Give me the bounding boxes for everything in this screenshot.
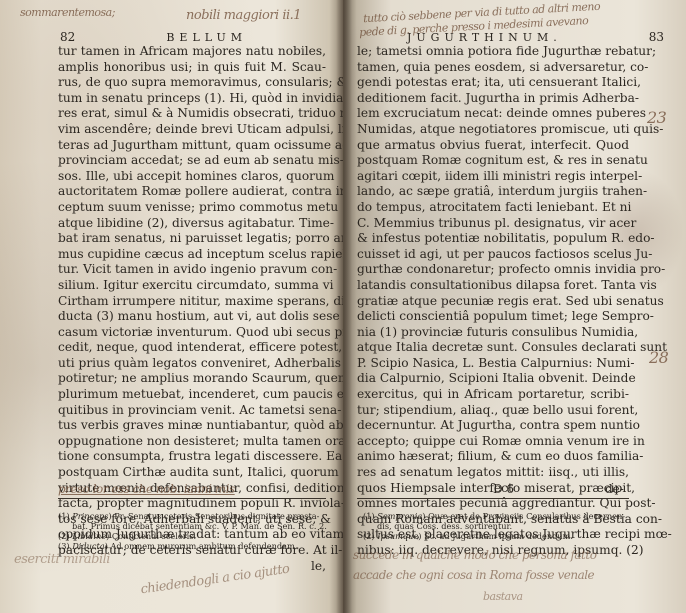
text-line: C. Memmius tribunus pl. designatus, vir … <box>357 216 629 232</box>
text-line: cuisset id agi, ut per paucos factiosos … <box>357 247 629 263</box>
handwritten-page-ref: 23 <box>647 108 666 127</box>
page-number: 82 <box>60 30 75 44</box>
text-line: rus, de quo supra memoravimus, consulari… <box>58 75 326 91</box>
text-line: uti prius quàm legatos conveniret, Adher… <box>58 356 326 372</box>
footnote: (2) Ipsumque) Sc. ad Jugurtham ipsum ded… <box>363 531 633 541</box>
text-line: teras ad Jugurtham mittunt, quam ocissum… <box>58 138 326 154</box>
text-line: tur. Vicit tamen in avido ingenio pravum… <box>58 262 326 278</box>
footnote: (1) Sempronia) Quæ erat de Provinciis Co… <box>363 511 633 521</box>
text-line: accepto; quippe cui Romæ omnia venum ire… <box>357 434 629 450</box>
footnote-rule <box>357 498 629 499</box>
text-line: tur; stipendium, aliaq., quæ bello usui … <box>357 403 629 419</box>
footnote-continuation: dis, quas Coss. dess. sortirentur. <box>363 521 633 531</box>
text-line: Numidas, atque negotiatores promiscue, u… <box>357 122 629 138</box>
text-line: nia (1) provinciæ futuris consulibus Num… <box>357 325 629 341</box>
text-line: tur tamen in Africam majores natu nobile… <box>58 44 326 60</box>
text-line: lem excruciatum necat: deinde omnes pube… <box>357 106 629 122</box>
text-line: quitibus in provinciam venit. Ac tametsi… <box>58 403 326 419</box>
text-line: deditionem facit. Jugurtha in primis Adh… <box>357 91 629 107</box>
text-line: do tempus, atrocitatem facti leniebant. … <box>357 200 629 216</box>
right-page: tutto ciò sebbene per via di tutto ad al… <box>343 0 686 613</box>
text-line: cedit, neque, quod intenderat, efficere … <box>58 340 326 356</box>
text-line: oppugnatione non desisteret; multa tamen… <box>58 434 326 450</box>
running-title: JUGURTHINUM. <box>407 31 562 44</box>
text-line: gratiæ atque pecuniæ regis erat. Sed ubi… <box>357 294 629 310</box>
footnote: (1) Princeps) Pr. Senatus ceteris Senato… <box>58 511 330 521</box>
handwritten-note: sommarentemosa; <box>20 6 115 19</box>
handwritten-page-ref: 28 <box>649 348 668 367</box>
text-line: auctoritatem Romæ pollere audierat, cont… <box>58 184 326 200</box>
text-line: gurthæ condonaretur; profecto omnis invi… <box>357 262 629 278</box>
text-line: tum in senatu princeps (1). Hi, quòd in … <box>58 91 326 107</box>
text-line: ducta (3) manu hostium, aut vi, aut doli… <box>58 309 326 325</box>
page-header: 82 BELLUM <box>0 30 343 44</box>
text-line: decernuntur. At Jugurtha, contra spem nu… <box>357 418 629 434</box>
text-line: res ad senatum legatos mittit: iisq., ut… <box>357 465 629 481</box>
text-line: exercitus, qui in Africam portaretur, sc… <box>357 387 629 403</box>
text-line: & infestus potentiæ nobilitatis, populum… <box>357 231 629 247</box>
text-line: animo hæserat; filium, & cum eo duos fam… <box>357 449 629 465</box>
text-line: le; tametsi omnia potiora fide Jugurthæ … <box>357 44 629 60</box>
left-page: sommarentemosa; nobili maggiori ii.1 82 … <box>0 0 343 613</box>
text-line: vim ascendêre; deinde brevi Uticam adpul… <box>58 122 326 138</box>
text-line: tamen, quia penes eosdem, si adversaretu… <box>357 60 629 76</box>
text-line: mus cupidine cæcus ad inceptum scelus ra… <box>58 247 326 263</box>
handwritten-note: nobili maggiori ii.1 <box>186 8 301 23</box>
text-line: agitari cœpit, iidem illi ministri regis… <box>357 169 629 185</box>
text-line: delicti conscientiâ populum timet; lege … <box>357 309 629 325</box>
running-title: BELLUM <box>166 31 247 44</box>
footnote-continuation: bat. Primus dicebat sententiam &c. V. P.… <box>58 521 330 531</box>
text-line: latandis consultationibus dilapsa foret.… <box>357 278 629 294</box>
text-line: res erat, simul & à Numidis obsecrati, t… <box>58 106 326 122</box>
open-book-spread: sommarentemosa; nobili maggiori ii.1 82 … <box>0 0 686 613</box>
text-line: ceptum suum venisse; primo commotus metu <box>58 200 326 216</box>
handwritten-note: accade che ogni cosa in Roma fosse venal… <box>353 568 594 582</box>
text-line: atque Italia decretæ sunt. Consules decl… <box>357 340 629 356</box>
text-line: tione consumpta, frustra legati discesse… <box>58 449 326 465</box>
signature-mark: D 6 <box>493 482 514 496</box>
text-line: sos. Ille, ubi accepit homines claros, q… <box>58 169 326 185</box>
text-line: postquam Romæ cognitum est, & res in sen… <box>357 153 629 169</box>
footnote: (3) Diducta) Ad omnem murorum ambitum de… <box>58 541 330 551</box>
handwritten-note: succede in qualche modo che persona fatt… <box>353 548 596 562</box>
text-line: Cirtham irrumpere nititur, maxime speran… <box>58 294 326 310</box>
text-line: tus verbis graves minæ nuntiabantur, quò… <box>58 418 326 434</box>
text-line: potiretur; ne amplius morando Scaurum, q… <box>58 371 326 387</box>
footnote-rule <box>58 498 326 499</box>
text-line: plurimum metuebat, incenderet, cum pauci… <box>58 387 326 403</box>
text-line: P. Scipio Nasica, L. Bestia Calpurnius: … <box>357 356 629 372</box>
text-line: gendi potestas erat; ita, uti censuerant… <box>357 75 629 91</box>
catchword: de- <box>605 482 624 496</box>
text-line: provinciam accedat; se ad eum ab senatu … <box>58 153 326 169</box>
text-line: casum victoriæ inventurum. Quod ubi secu… <box>58 325 326 341</box>
footnotes: (1) Sempronia) Quæ erat de Provinciis Co… <box>363 511 633 541</box>
text-line: amplis honoribus usi; in quis fuit M. Sc… <box>58 60 326 76</box>
text-line: postquam Cirthæ audita sunt, Italici, qu… <box>58 465 326 481</box>
text-line: que armatus obvius fuerat, interfecit. Q… <box>357 138 629 154</box>
text-line: dia Calpurnio, Scipioni Italia obvenit. … <box>357 371 629 387</box>
footnote: (2) Libidine) Conficiendi sceleris. <box>58 531 330 541</box>
text-line: bat iram senatus, ni paruisset legatis; … <box>58 231 326 247</box>
page-header: JUGURTHINUM. 83 <box>343 30 686 44</box>
text-line: atque libidine (2), diversus agitabatur.… <box>58 216 326 232</box>
footnotes: (1) Princeps) Pr. Senatus ceteris Senato… <box>58 511 330 551</box>
text-line: silium. Igitur exercitu circumdato, summ… <box>58 278 326 294</box>
handwritten-note: eserciti mirabili <box>14 552 110 567</box>
handwritten-note: bastava <box>483 590 523 603</box>
page-number: 83 <box>649 30 664 44</box>
handwritten-note: preso lor ess che nob. ianni mis <box>58 482 235 496</box>
text-line: lando, ac sæpe gratiâ, interdum jurgiis … <box>357 184 629 200</box>
